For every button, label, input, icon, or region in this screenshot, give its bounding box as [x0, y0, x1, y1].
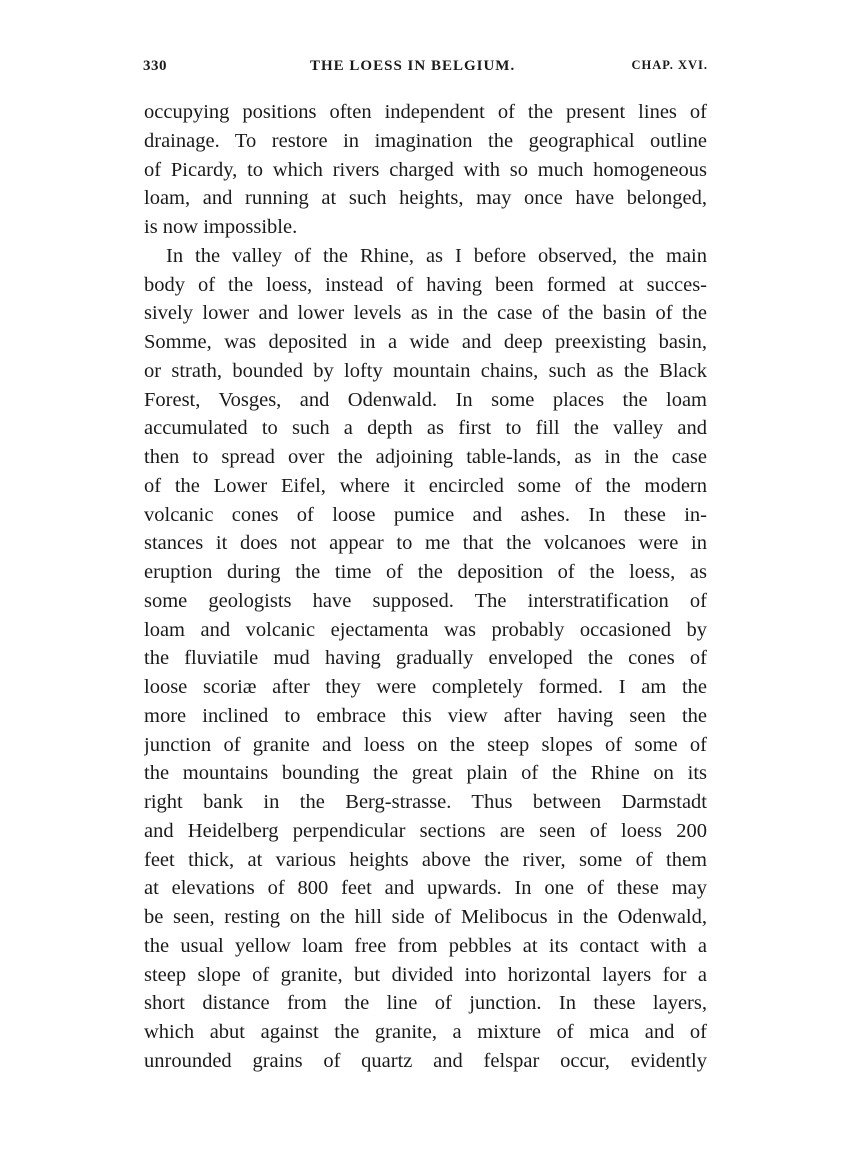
running-head: 330 THE LOESS IN BELGIUM. CHAP. XVI. — [143, 58, 708, 82]
text-line: loam, and running at such heights, may o… — [144, 184, 707, 213]
paragraph-1: occupying positions often independent of… — [144, 98, 707, 242]
text-line: of the Lower Eifel, where it encircled s… — [144, 472, 707, 501]
text-line: occupying positions often independent of… — [144, 98, 707, 127]
text-line: be seen, resting on the hill side of Mel… — [144, 903, 707, 932]
text-line: In the valley of the Rhine, as I before … — [144, 242, 707, 271]
text-line: and Heidelberg perpendicular sections ar… — [144, 817, 707, 846]
text-line: the mountains bounding the great plain o… — [144, 759, 707, 788]
text-line: then to spread over the adjoining table-… — [144, 443, 707, 472]
text-line: accumulated to such a depth as first to … — [144, 414, 707, 443]
text-line: right bank in the Berg-strasse. Thus bet… — [144, 788, 707, 817]
text-line: volcanic cones of loose pumice and ashes… — [144, 501, 707, 530]
text-line: feet thick, at various heights above the… — [144, 846, 707, 875]
page-number: 330 — [143, 58, 167, 75]
text-line: Somme, was deposited in a wide and deep … — [144, 328, 707, 357]
body-text: occupying positions often independent of… — [144, 98, 707, 1076]
text-line: at elevations of 800 feet and upwards. I… — [144, 874, 707, 903]
text-line: Forest, Vosges, and Odenwald. In some pl… — [144, 386, 707, 415]
text-line: stances it does not appear to me that th… — [144, 529, 707, 558]
text-line: or strath, bounded by lofty mountain cha… — [144, 357, 707, 386]
text-line: some geologists have supposed. The inter… — [144, 587, 707, 616]
text-line: short distance from the line of junction… — [144, 989, 707, 1018]
text-line: more inclined to embrace this view after… — [144, 702, 707, 731]
text-line: unrounded grains of quartz and felspar o… — [144, 1047, 707, 1076]
text-line: the fluviatile mud having gradually enve… — [144, 644, 707, 673]
text-line: junction of granite and loess on the ste… — [144, 731, 707, 760]
text-line: eruption during the time of the depositi… — [144, 558, 707, 587]
text-line: steep slope of granite, but divided into… — [144, 961, 707, 990]
text-line: is now impossible. — [144, 213, 707, 242]
chapter-label: CHAP. XVI. — [631, 58, 708, 73]
text-line: loam and volcanic ejectamenta was probab… — [144, 616, 707, 645]
paragraph-2: In the valley of the Rhine, as I before … — [144, 242, 707, 1076]
text-line: body of the loess, instead of having bee… — [144, 271, 707, 300]
text-line: the usual yellow loam free from pebbles … — [144, 932, 707, 961]
text-line: which abut against the granite, a mixtur… — [144, 1018, 707, 1047]
text-line: of Picardy, to which rivers charged with… — [144, 156, 707, 185]
text-line: drainage. To restore in imagination the … — [144, 127, 707, 156]
book-page: 330 THE LOESS IN BELGIUM. CHAP. XVI. occ… — [0, 0, 850, 1150]
text-line: loose scoriæ after they were completely … — [144, 673, 707, 702]
running-title: THE LOESS IN BELGIUM. — [310, 58, 515, 75]
text-line: sively lower and lower levels as in the … — [144, 299, 707, 328]
